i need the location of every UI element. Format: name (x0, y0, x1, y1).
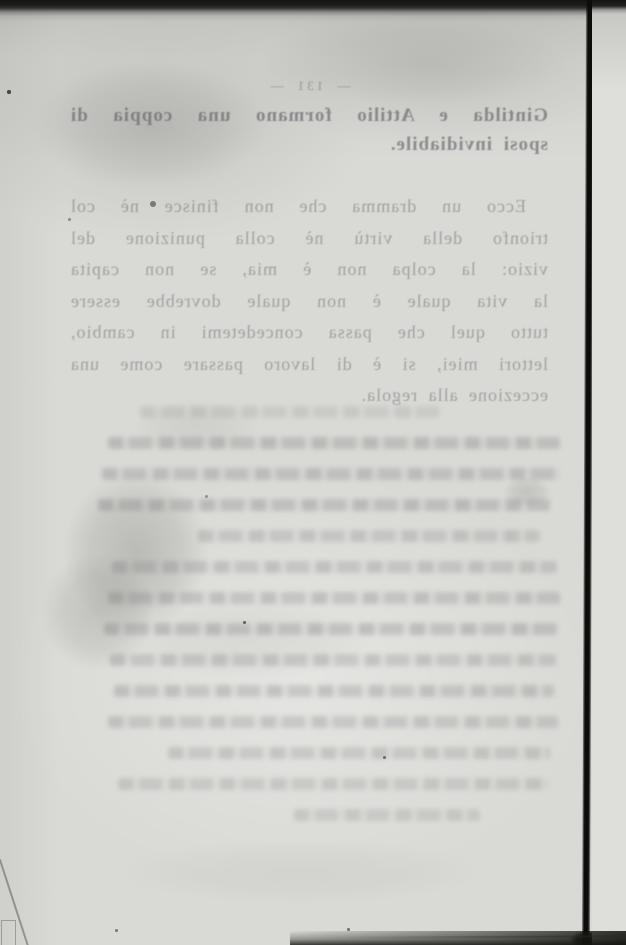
ink-speck (383, 756, 386, 759)
ghost-line (102, 468, 560, 480)
ghost-line (108, 437, 560, 449)
bleed-text-line: Gintilda e Attilio formano una coppia di (70, 101, 548, 130)
ink-speck (115, 929, 118, 932)
ink-speck (243, 621, 246, 624)
adjacent-page-edge (592, 0, 626, 945)
bleed-page-number: — 131 — (70, 78, 548, 94)
ghost-line (294, 809, 480, 821)
ink-speck (205, 495, 208, 498)
ghost-line (108, 716, 558, 728)
bleed-heading: Gintilda e Attilio formano una coppia di… (70, 101, 548, 159)
ghost-line (108, 592, 560, 604)
bleed-text-line: la vita quale è non quale dovrebbe esser… (70, 286, 548, 318)
ink-speck (150, 201, 156, 207)
corner-crease-box (1, 920, 16, 945)
ghost-line (112, 561, 557, 573)
bleed-paragraph: Ecco un dramma che non finisce nè coltri… (70, 191, 548, 412)
ink-speck (7, 90, 11, 94)
bleed-text-line: tutto quel che passa concedetemi in camb… (70, 317, 548, 349)
bleed-text-line: sposi invidiabile. (70, 130, 548, 159)
bleed-text-line: trionfo della virtù nè colla punizione d… (70, 223, 548, 255)
ghost-line (98, 499, 550, 511)
bleed-through-text: — 131 — Gintilda e Attilio formano una c… (70, 78, 548, 412)
top-edge-shadow (0, 0, 626, 22)
ghost-line (110, 654, 556, 666)
ghost-line (114, 685, 554, 697)
ghost-line (168, 747, 550, 759)
adjacent-page-top-shadow (592, 0, 626, 14)
ghost-text-lines (80, 406, 546, 840)
stain (120, 840, 480, 904)
bleed-text-line: Ecco un dramma che non finisce nè col (70, 191, 548, 223)
scanned-page: — 131 — Gintilda e Attilio formano una c… (0, 0, 626, 945)
bleed-text-line: lettori miei, si è di lavoro passare com… (70, 349, 548, 381)
bleed-text-line: vizio: la colpa non è mia, se non capita (70, 254, 548, 286)
ghost-line (104, 623, 559, 635)
ghost-line (118, 778, 548, 790)
ghost-line (198, 530, 540, 542)
ink-speck (68, 218, 71, 221)
ghost-line (140, 406, 440, 418)
